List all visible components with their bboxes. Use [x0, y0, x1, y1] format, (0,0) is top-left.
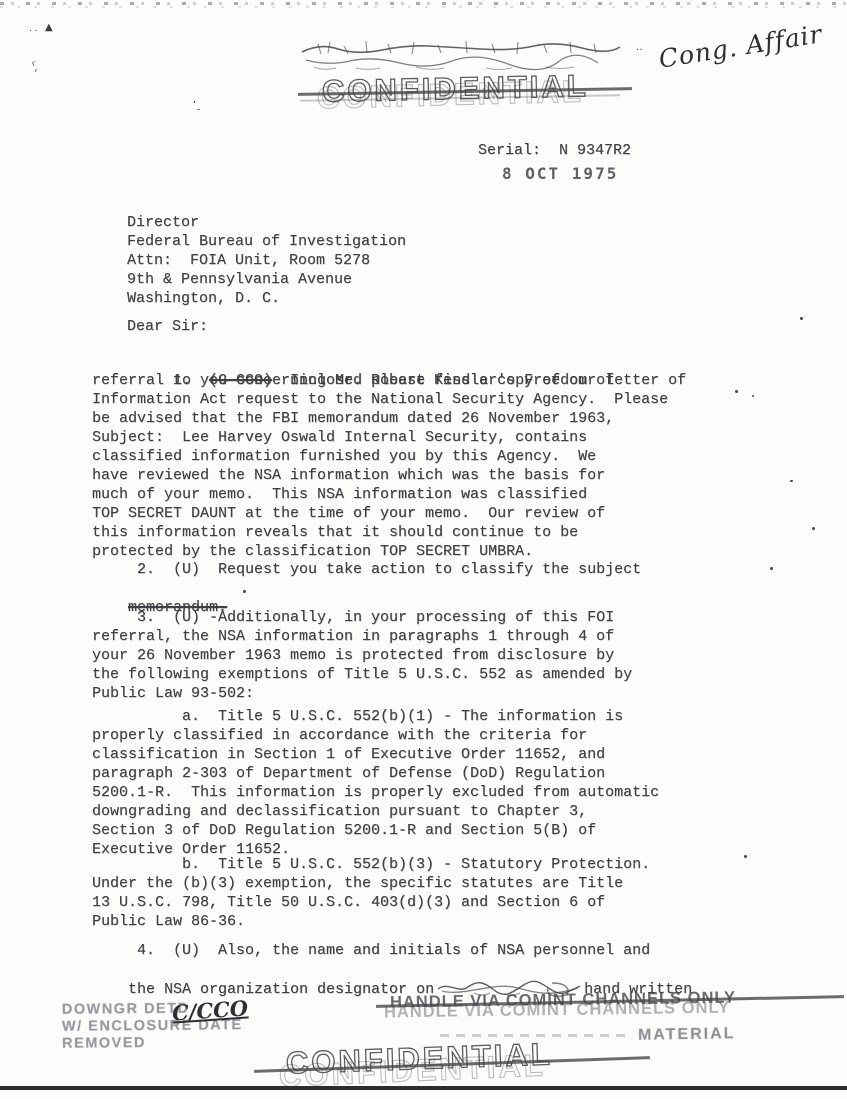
margin-mark-small: ʻˍ — [193, 100, 201, 111]
paragraph-3: 3. (U) -Additionally, in your processing… — [92, 608, 632, 703]
paragraph-4-text-before-redaction: the NSA organization designator on — [128, 981, 434, 998]
noise-speck — [790, 480, 793, 482]
paragraph-3a: a. Title 5 U.S.C. 552(b)(1) - The inform… — [92, 707, 659, 859]
recipient-address: Director Federal Bureau of Investigation… — [127, 213, 406, 308]
margin-mark-dot: . . — [29, 24, 38, 34]
scan-edge-line — [0, 1086, 847, 1090]
scanned-letter-page: . . ▲ ˁˌ ʻˍ CONFIDENTIAL CONFIDENTIAL Co… — [0, 0, 847, 1099]
margin-mark-colon: ․․ — [636, 42, 643, 53]
noise-speck — [752, 395, 754, 397]
margin-mark-tick: ˁˌ — [30, 59, 39, 73]
noise-speck — [800, 317, 803, 320]
date-stamp: 8 OCT 1975 — [502, 164, 618, 183]
material-stamp-text: MATERIAL — [638, 1025, 736, 1045]
scan-noise-top-2 — [0, 6, 847, 8]
handwritten-routing: C/CCO — [171, 995, 249, 1025]
handwritten-note: Cong. Affair — [657, 19, 825, 73]
scan-noise-top — [0, 2, 847, 5]
noise-speck — [243, 590, 246, 593]
margin-mark-triangle: ▲ — [45, 22, 53, 33]
paragraph-4-line-1: 4. (U) Also, the name and initials of NS… — [92, 941, 650, 960]
paragraph-3b: b. Title 5 U.S.C. 552(b)(3) - Statutory … — [92, 855, 650, 931]
serial-number: Serial: N 9347R2 — [478, 141, 631, 160]
paragraph-1-body: referral to you concerning Mr. Robert Ke… — [92, 371, 668, 561]
noise-speck — [812, 527, 815, 530]
paragraph-2-line-1: 2. (U) Request you take action to classi… — [92, 560, 641, 579]
noise-speck — [735, 390, 738, 393]
salutation: Dear Sir: — [127, 317, 208, 336]
noise-speck — [770, 567, 773, 570]
noise-speck — [744, 855, 747, 858]
